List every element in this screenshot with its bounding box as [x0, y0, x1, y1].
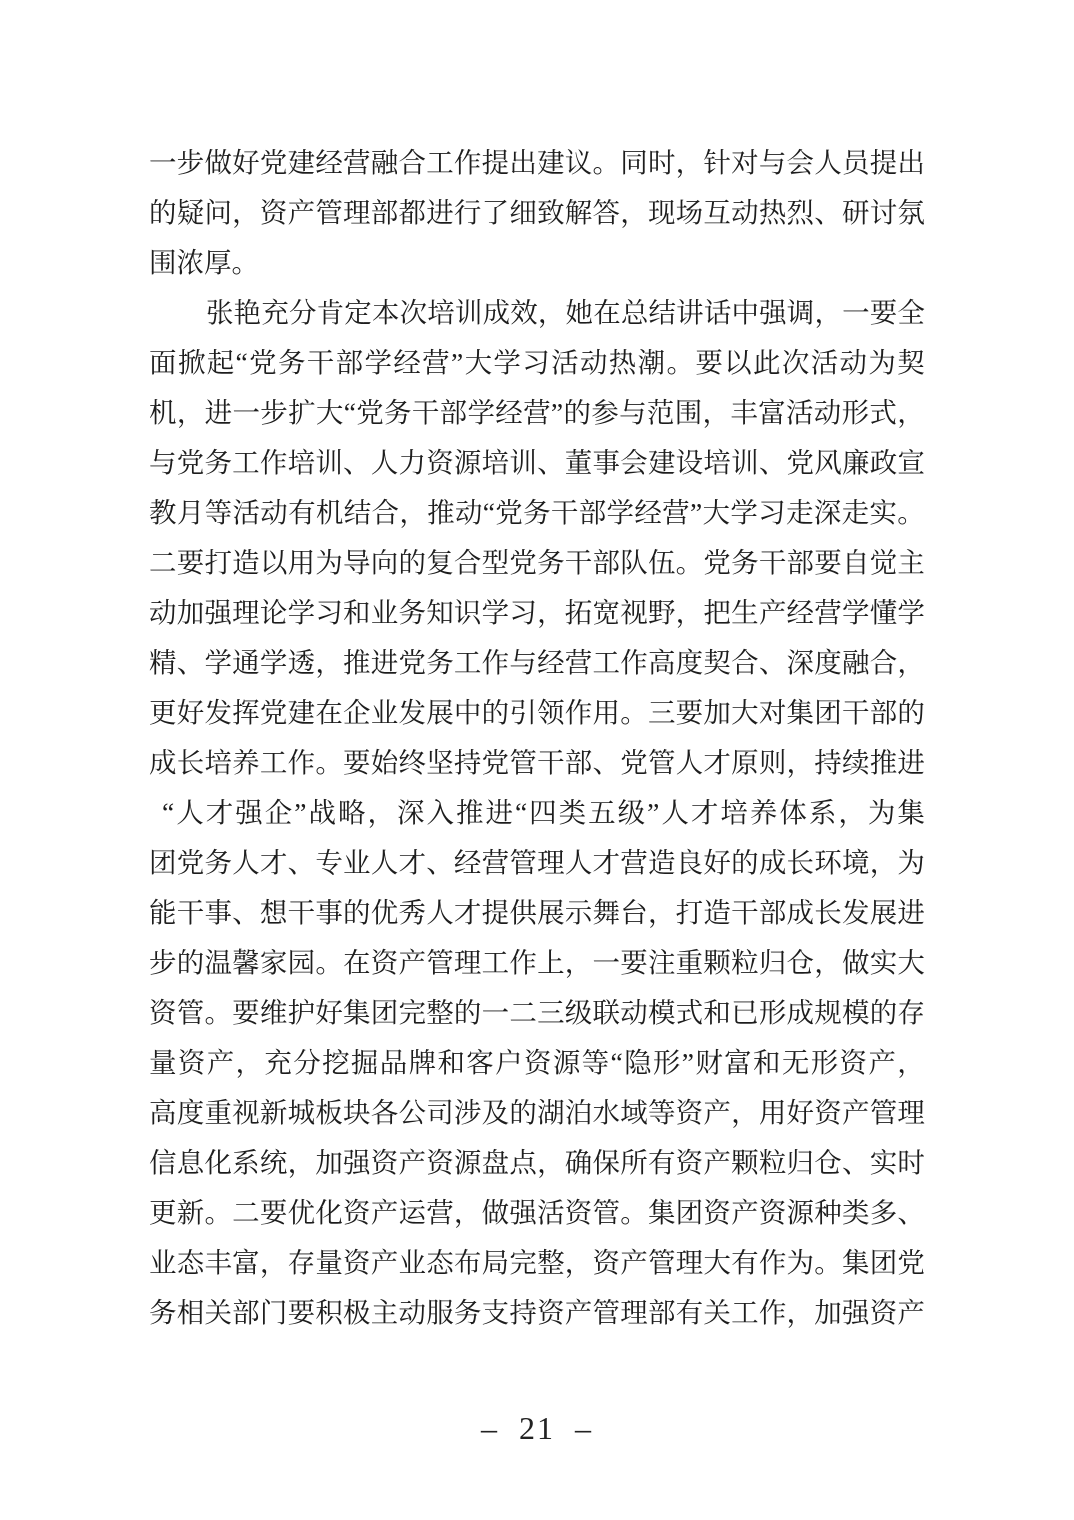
text-block: 一步做好党建经营融合工作提出建议。同时，针对与会人员提出 的疑问，资产管理部都进… [149, 138, 925, 1338]
text-line: 二要打造以用为导向的复合型党务干部队伍。党务干部要自觉主 [149, 538, 925, 588]
text-line: 一步做好党建经营融合工作提出建议。同时，针对与会人员提出 [149, 138, 925, 188]
text-line: 机，进一步扩大“党务干部学经营”的参与范围，丰富活动形式， [149, 388, 925, 438]
text-line: “人才强企”战略，深入推进“四类五级”人才培养体系，为集 [149, 788, 925, 838]
text-line: 量资产，充分挖掘品牌和客户资源等“隐形”财富和无形资产， [149, 1038, 925, 1088]
text-line: 精、学通学透，推进党务工作与经营工作高度契合、深度融合， [149, 638, 925, 688]
text-line: 张艳充分肯定本次培训成效，她在总结讲话中强调，一要全 [149, 288, 925, 338]
text-line: 面掀起“党务干部学经营”大学习活动热潮。要以此次活动为契 [149, 338, 925, 388]
text-line: 业态丰富，存量资产业态布局完整，资产管理大有作为。集团党 [149, 1238, 925, 1288]
text-line: 信息化系统，加强资产资源盘点，确保所有资产颗粒归仓、实时 [149, 1138, 925, 1188]
text-line: 的疑问，资产管理部都进行了细致解答，现场互动热烈、研讨氛 [149, 188, 925, 238]
text-line: 教月等活动有机结合，推动“党务干部学经营”大学习走深走实。 [149, 488, 925, 538]
text-line: 高度重视新城板块各公司涉及的湖泊水域等资产，用好资产管理 [149, 1088, 925, 1138]
text-line: 能干事、想干事的优秀人才提供展示舞台，打造干部成长发展进 [149, 888, 925, 938]
text-line: 更好发挥党建在企业发展中的引领作用。三要加大对集团干部的 [149, 688, 925, 738]
text-line: 步的温馨家园。在资产管理工作上，一要注重颗粒归仓，做实大 [149, 938, 925, 988]
text-line: 动加强理论学习和业务知识学习，拓宽视野，把生产经营学懂学 [149, 588, 925, 638]
text-line: 与党务工作培训、人力资源培训、董事会建设培训、党风廉政宣 [149, 438, 925, 488]
page-number: – 21 – [0, 1410, 1074, 1447]
text-line: 围浓厚。 [149, 238, 925, 288]
text-line: 资管。要维护好集团完整的一二三级联动模式和已形成规模的存 [149, 988, 925, 1038]
text-line: 成长培养工作。要始终坚持党管干部、党管人才原则，持续推进 [149, 738, 925, 788]
text-line: 团党务人才、专业人才、经营管理人才营造良好的成长环境，为 [149, 838, 925, 888]
text-line: 更新。二要优化资产运营，做强活资管。集团资产资源种类多、 [149, 1188, 925, 1238]
document-page: 一步做好党建经营融合工作提出建议。同时，针对与会人员提出 的疑问，资产管理部都进… [0, 0, 1074, 1520]
text-line: 务相关部门要积极主动服务支持资产管理部有关工作，加强资产 [149, 1288, 925, 1338]
